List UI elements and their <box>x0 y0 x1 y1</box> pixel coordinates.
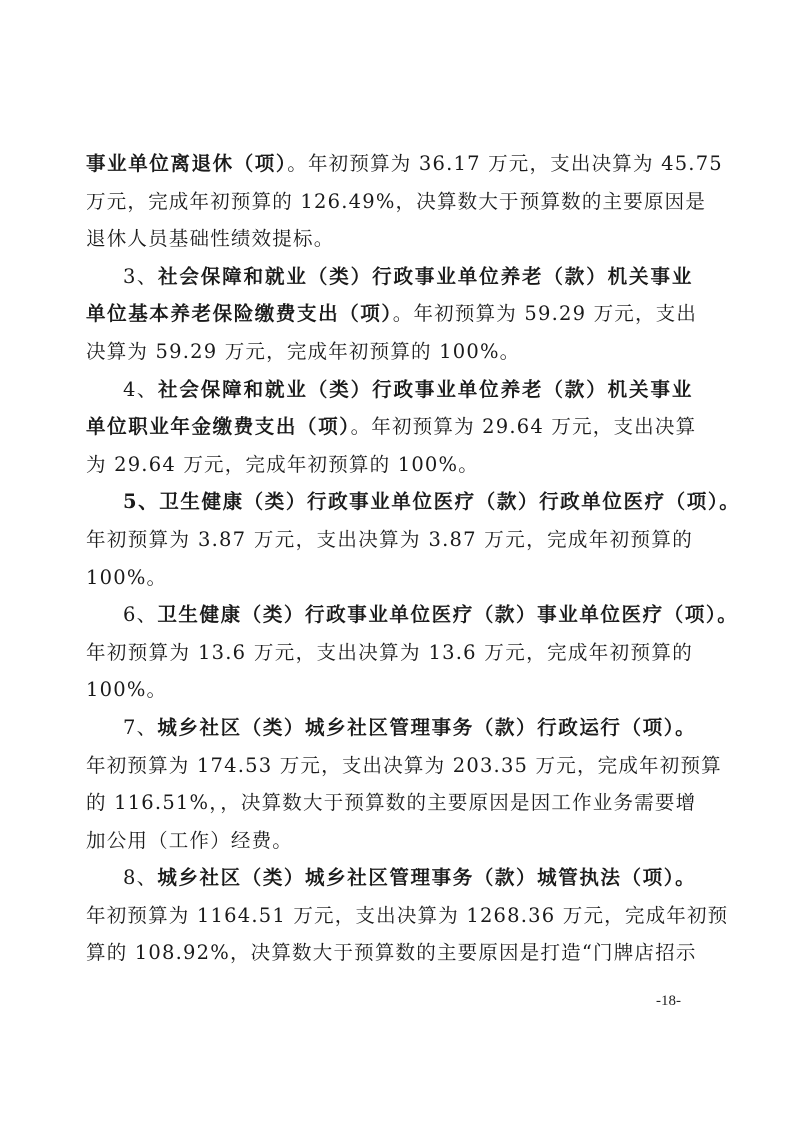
bold-heading: 5、卫生健康（类）行政事业单位医疗（款）行政单位医疗（项）。 <box>123 490 740 513</box>
text-line: 100%。 <box>86 671 693 709</box>
body-text: 。年初预算为 29.64 万元，支出决算 <box>351 415 697 438</box>
text-line: 年初预算为 13.6 万元，支出决算为 13.6 万元，完成年初预算的 <box>86 634 693 672</box>
body-text: 年初预算为 1164.51 万元，支出决算为 1268.36 万元，完成年初预 <box>86 904 728 927</box>
bold-heading: 单位基本养老保险缴费支出（项） <box>86 302 393 325</box>
text-line: 6、卫生健康（类）行政事业单位医疗（款）事业单位医疗（项）。 <box>86 596 693 634</box>
text-line: 的 116.51%，，决算数大于预算数的主要原因是因工作业务需要增 <box>86 784 693 822</box>
document-page: 事业单位离退休（项）。年初预算为 36.17 万元，支出决算为 45.75 万元… <box>86 145 693 972</box>
page-number: -18- <box>656 993 681 1010</box>
body-text: 加公用（工作）经费。 <box>86 829 293 852</box>
bold-heading: 社会保障和就业（类）行政事业单位养老（款）机关事业 <box>158 265 693 288</box>
body-text: 。年初预算为 36.17 万元，支出决算为 45.75 <box>287 152 723 175</box>
body-text: 100%。 <box>86 566 167 589</box>
text-line: 7、城乡社区（类）城乡社区管理事务（款）行政运行（项）。 <box>86 709 693 747</box>
text-line: 年初预算为 174.53 万元，支出决算为 203.35 万元，完成年初预算 <box>86 747 693 785</box>
body-text: 年初预算为 13.6 万元，支出决算为 13.6 万元，完成年初预算的 <box>86 641 693 664</box>
text-line: 为 29.64 万元，完成年初预算的 100%。 <box>86 446 693 484</box>
body-text: 为 29.64 万元，完成年初预算的 100%。 <box>86 453 479 476</box>
item-number: 7、 <box>123 716 157 739</box>
body-text: 。年初预算为 59.29 万元，支出 <box>393 302 697 325</box>
bold-heading: 城乡社区（类）城乡社区管理事务（款）城管执法（项）。 <box>157 866 696 889</box>
body-text: 100%。 <box>86 678 167 701</box>
bold-heading: 事业单位离退休（项） <box>86 152 287 175</box>
text-line: 单位基本养老保险缴费支出（项）。年初预算为 59.29 万元，支出 <box>86 295 693 333</box>
item-number: 3、 <box>123 265 158 288</box>
bold-heading: 单位职业年金缴费支出（项） <box>86 415 351 438</box>
text-line: 决算为 59.29 万元，完成年初预算的 100%。 <box>86 333 693 371</box>
item-number: 6、 <box>123 603 157 626</box>
item-number: 8、 <box>123 866 157 889</box>
text-line: 年初预算为 3.87 万元，支出决算为 3.87 万元，完成年初预算的 <box>86 521 693 559</box>
text-line: 100%。 <box>86 559 693 597</box>
text-line: 算的 108.92%，决算数大于预算数的主要原因是打造“门牌店招示 <box>86 934 693 972</box>
body-text: 万元，完成年初预算的 126.49%，决算数大于预算数的主要原因是 <box>86 190 706 213</box>
text-line: 退休人员基础性绩效提标。 <box>86 220 693 258</box>
text-line: 万元，完成年初预算的 126.49%，决算数大于预算数的主要原因是 <box>86 183 693 221</box>
text-line: 年初预算为 1164.51 万元，支出决算为 1268.36 万元，完成年初预 <box>86 897 693 935</box>
body-text: 决算为 59.29 万元，完成年初预算的 100%。 <box>86 340 520 363</box>
bold-heading: 城乡社区（类）城乡社区管理事务（款）行政运行（项）。 <box>157 716 696 739</box>
text-line: 加公用（工作）经费。 <box>86 822 693 860</box>
body-text: 退休人员基础性绩效提标。 <box>86 227 334 250</box>
body-text: 算的 108.92%，决算数大于预算数的主要原因是打造“门牌店招示 <box>86 941 697 964</box>
text-line: 事业单位离退休（项）。年初预算为 36.17 万元，支出决算为 45.75 <box>86 145 693 183</box>
text-line: 8、城乡社区（类）城乡社区管理事务（款）城管执法（项）。 <box>86 859 693 897</box>
text-line: 5、卫生健康（类）行政事业单位医疗（款）行政单位医疗（项）。 <box>86 483 693 521</box>
bold-heading: 社会保障和就业（类）行政事业单位养老（款）机关事业 <box>158 378 693 401</box>
body-text: 的 116.51%，，决算数大于预算数的主要原因是因工作业务需要增 <box>86 791 696 814</box>
text-line: 单位职业年金缴费支出（项）。年初预算为 29.64 万元，支出决算 <box>86 408 693 446</box>
body-text: 年初预算为 3.87 万元，支出决算为 3.87 万元，完成年初预算的 <box>86 528 693 551</box>
text-line: 3、社会保障和就业（类）行政事业单位养老（款）机关事业 <box>86 258 693 296</box>
body-text: 年初预算为 174.53 万元，支出决算为 203.35 万元，完成年初预算 <box>86 754 722 777</box>
text-line: 4、社会保障和就业（类）行政事业单位养老（款）机关事业 <box>86 371 693 409</box>
bold-heading: 卫生健康（类）行政事业单位医疗（款）事业单位医疗（项）。 <box>157 603 738 626</box>
item-number: 4、 <box>123 378 158 401</box>
